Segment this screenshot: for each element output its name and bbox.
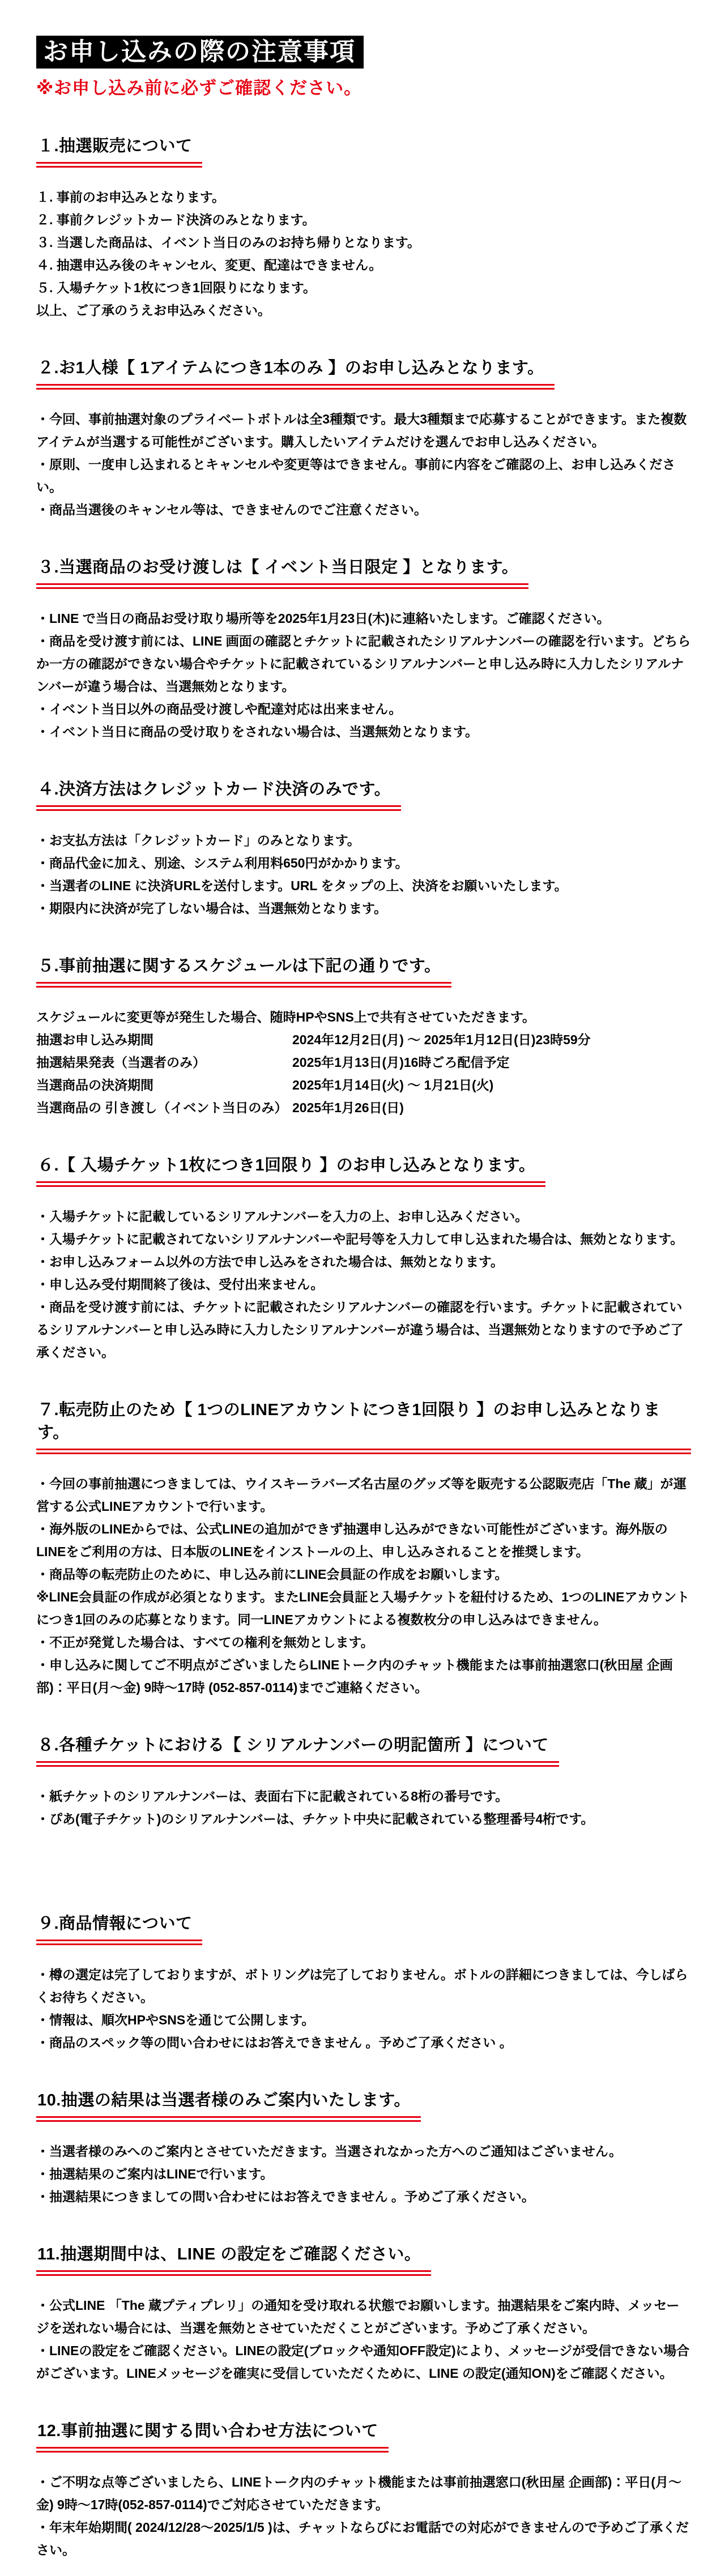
item-text: ・商品を受け渡す前には、チケットに記載されたシリアルナンバーの確認を行います。チ… <box>36 1296 691 1364</box>
section-heading: ４.決済方法はクレジットカード決済のみです。 <box>36 778 691 811</box>
schedule-row: 当選商品の決済期間2025年1月14日(火) ～ 1月21日(火) <box>36 1074 691 1096</box>
schedule-value: 2025年1月13日(月)16時ごろ配信予定 <box>292 1051 691 1074</box>
section-heading-text: １.抽選販売について <box>36 135 202 168</box>
item-text: ・LINEの設定をご確認ください。LINEの設定(ブロックや通知OFF設定)によ… <box>36 2339 691 2385</box>
item-text: ２. 事前クレジットカード決済のみとなります。 <box>36 208 691 231</box>
schedule-label: 抽選お申し込み期間 <box>36 1028 292 1051</box>
item-text: スケジュールに変更等が発生した場合、随時HPやSNS上で共有させていただきます。 <box>36 1006 691 1028</box>
item-text: ・イベント当日以外の商品受け渡しや配達対応は出来ません。 <box>36 698 691 720</box>
item-text: ・不正が発覚した場合は、すべての権利を無効とします。 <box>36 1631 691 1654</box>
item-text: ・ぴあ(電子チケット)のシリアルナンバーは、チケット中央に記載されている整理番号… <box>36 1808 691 1830</box>
section-heading-text: ３.当選商品のお受け渡しは【 イベント当日限定 】となります。 <box>36 556 528 589</box>
sections: １.抽選販売について １. 事前のお申込みとなります。２. 事前クレジットカード… <box>36 135 691 2561</box>
section-heading-text: ４.決済方法はクレジットカード決済のみです。 <box>36 778 401 811</box>
item-text: １. 事前のお申込みとなります。 <box>36 186 691 208</box>
item-text: ・商品代金に加え、別途、システム利用料650円がかかります。 <box>36 852 691 874</box>
item-text: ・入場チケットに記載しているシリアルナンバーを入力の上、お申し込みください。 <box>36 1205 691 1228</box>
section-heading-text: ７.転売防止のため【 1つのLINEアカウントにつき1回限り 】のお申し込みとな… <box>36 1399 691 1454</box>
item-text: ・今回、事前抽選対象のプライベートボトルは全3種類です。最大3種類まで応募するこ… <box>36 408 691 453</box>
schedule-label: 抽選結果発表（当選者のみ） <box>36 1051 292 1074</box>
section-items: ・入場チケットに記載しているシリアルナンバーを入力の上、お申し込みください。・入… <box>36 1205 691 1364</box>
section-heading-text: ５.事前抽選に関するスケジュールは下記の通りです。 <box>36 955 451 988</box>
item-text: ・入場チケットに記載されてないシリアルナンバーや記号等を入力して申し込まれた場合… <box>36 1228 691 1250</box>
item-text: ・申し込みに関してご不明点がございましたらLINEトーク内のチャット機能または事… <box>36 1654 691 1699</box>
schedule-value: 2025年1月26日(日) <box>292 1096 691 1119</box>
item-text: ・申し込み受付期間終了後は、受付出来ません。 <box>36 1273 691 1296</box>
section-items: ・公式LINE 「The 蔵プティプレリ」の通知を受け取れる状態でお願いします。… <box>36 2294 691 2385</box>
section: ４.決済方法はクレジットカード決済のみです。 ・お支払方法は「クレジットカード」… <box>36 778 691 920</box>
section-heading-text: 10.抽選の結果は当選者様のみご案内いたします。 <box>36 2089 421 2122</box>
item-text: ※LINE会員証の作成が必須となります。またLINE会員証と入場チケットを紐付け… <box>36 1586 691 1631</box>
section: ７.転売防止のため【 1つのLINEアカウントにつき1回限り 】のお申し込みとな… <box>36 1399 691 1699</box>
section: 10.抽選の結果は当選者様のみご案内いたします。 ・当選者様のみへのご案内とさせ… <box>36 2089 691 2208</box>
schedule-row: 抽選結果発表（当選者のみ）2025年1月13日(月)16時ごろ配信予定 <box>36 1051 691 1074</box>
item-text: ・商品当選後のキャンセル等は、できませんのでご注意ください。 <box>36 498 691 521</box>
item-text: ・今回の事前抽選につきましては、ウイスキーラバーズ名古屋のグッズ等を販売する公認… <box>36 1472 691 1518</box>
section-heading: ６.【 入場チケット1枚につき1回限り 】のお申し込みとなります。 <box>36 1154 691 1187</box>
item-text: ・商品等の転売防止のために、申し込み前にLINE会員証の作成をお願いします。 <box>36 1563 691 1586</box>
section: ９.商品情報について ・樽の選定は完了しておりますが、ボトリングは完了しておりま… <box>36 1912 691 2054</box>
section: 11.抽選期間中は、LINE の設定をご確認ください。 ・公式LINE 「The… <box>36 2243 691 2385</box>
section-items: １. 事前のお申込みとなります。２. 事前クレジットカード決済のみとなります。３… <box>36 186 691 322</box>
schedule-row: 当選商品の 引き渡し（イベント当日のみ）2025年1月26日(日) <box>36 1096 691 1119</box>
section-heading: ５.事前抽選に関するスケジュールは下記の通りです。 <box>36 955 691 988</box>
section-heading: ７.転売防止のため【 1つのLINEアカウントにつき1回限り 】のお申し込みとな… <box>36 1399 691 1454</box>
section-heading: １.抽選販売について <box>36 135 691 168</box>
item-text: ・LINE で当日の商品お受け取り場所等を2025年1月23日(木)に連絡いたし… <box>36 607 691 630</box>
section-heading-text: ２.お1人様【 1アイテムにつき1本のみ 】のお申し込みとなります。 <box>36 357 555 390</box>
section: １.抽選販売について １. 事前のお申込みとなります。２. 事前クレジットカード… <box>36 135 691 322</box>
section: 12.事前抽選に関する問い合わせ方法について ・ご不明な点等ございましたら、LI… <box>36 2420 691 2561</box>
section-heading: 10.抽選の結果は当選者様のみご案内いたします。 <box>36 2089 691 2122</box>
page-title: お申し込みの際の注意事項 <box>36 36 364 69</box>
section-heading: ２.お1人様【 1アイテムにつき1本のみ 】のお申し込みとなります。 <box>36 357 691 390</box>
section-items: ・当選者様のみへのご案内とさせていただきます。当選されなかった方へのご通知はござ… <box>36 2140 691 2208</box>
section-items: ・LINE で当日の商品お受け取り場所等を2025年1月23日(木)に連絡いたし… <box>36 607 691 743</box>
section-items: ・紙チケットのシリアルナンバーは、表面右下に記載されている8桁の番号です。・ぴあ… <box>36 1785 691 1830</box>
section-heading-text: 12.事前抽選に関する問い合わせ方法について <box>36 2420 389 2453</box>
item-text: ・紙チケットのシリアルナンバーは、表面右下に記載されている8桁の番号です。 <box>36 1785 691 1808</box>
section: ３.当選商品のお受け渡しは【 イベント当日限定 】となります。 ・LINE で当… <box>36 556 691 743</box>
item-text: ３. 当選した商品は、イベント当日のみのお持ち帰りとなります。 <box>36 231 691 254</box>
item-text: ・ご不明な点等ございましたら、LINEトーク内のチャット機能または事前抽選窓口(… <box>36 2471 691 2516</box>
item-text: ・期限内に決済が完了しない場合は、当選無効となります。 <box>36 897 691 920</box>
confirm-note: ※お申し込み前に必ずご確認ください。 <box>36 77 691 100</box>
section: ５.事前抽選に関するスケジュールは下記の通りです。 スケジュールに変更等が発生し… <box>36 955 691 1119</box>
section-heading: ３.当選商品のお受け渡しは【 イベント当日限定 】となります。 <box>36 556 691 589</box>
title-banner: お申し込みの際の注意事項 <box>36 36 691 69</box>
item-text: ・樽の選定は完了しておりますが、ボトリングは完了しておりません。ボトルの詳細につ… <box>36 1963 691 2009</box>
item-text: ・公式LINE 「The 蔵プティプレリ」の通知を受け取れる状態でお願いします。… <box>36 2294 691 2339</box>
section-heading-text: 11.抽選期間中は、LINE の設定をご確認ください。 <box>36 2243 431 2276</box>
section-heading: 12.事前抽選に関する問い合わせ方法について <box>36 2420 691 2453</box>
section-items: ・今回、事前抽選対象のプライベートボトルは全3種類です。最大3種類まで応募するこ… <box>36 408 691 521</box>
item-text: ・商品を受け渡す前には、LINE 画面の確認とチケットに記載されたシリアルナンバ… <box>36 630 691 698</box>
item-text: ・原則、一度申し込まれるとキャンセルや変更等はできません。事前に内容をご確認の上… <box>36 453 691 498</box>
item-text: ・当選者様のみへのご案内とさせていただきます。当選されなかった方へのご通知はござ… <box>36 2140 691 2163</box>
section-items: ・お支払方法は「クレジットカード」のみとなります。・商品代金に加え、別途、システ… <box>36 829 691 920</box>
section-heading-text: ６.【 入場チケット1枚につき1回限り 】のお申し込みとなります。 <box>36 1154 545 1187</box>
schedule-value: 2025年1月14日(火) ～ 1月21日(火) <box>292 1074 691 1096</box>
section: ６.【 入場チケット1枚につき1回限り 】のお申し込みとなります。 ・入場チケッ… <box>36 1154 691 1364</box>
item-text: ・お支払方法は「クレジットカード」のみとなります。 <box>36 829 691 852</box>
item-text: ・当選者のLINE に決済URLを送付します。URL をタップの上、決済をお願い… <box>36 874 691 897</box>
schedule-row: 抽選お申し込み期間2024年12月2日(月) ～ 2025年1月12日(日)23… <box>36 1028 691 1051</box>
notice-document: お申し込みの際の注意事項 ※お申し込み前に必ずご確認ください。 １.抽選販売につ… <box>0 0 725 2576</box>
item-text: ・年末年始期間( 2024/12/28～2025/1/5 )は、チャットならびに… <box>36 2516 691 2561</box>
item-text: ・抽選結果につきましての問い合わせにはお答えできません 。予めご了承ください。 <box>36 2185 691 2208</box>
item-text: ・商品のスペック等の問い合わせにはお答えできません 。予めご了承ください 。 <box>36 2031 691 2054</box>
section-heading-text: ９.商品情報について <box>36 1912 202 1945</box>
item-text: 以上、ご了承のうえお申込みください。 <box>36 299 691 322</box>
section: ８.各種チケットにおける【 シリアルナンバーの明記箇所 】について ・紙チケット… <box>36 1734 691 1830</box>
item-text: ５. 入場チケット1枚につき1回限りになります。 <box>36 276 691 299</box>
section-items: ・今回の事前抽選につきましては、ウイスキーラバーズ名古屋のグッズ等を販売する公認… <box>36 1472 691 1699</box>
section-items: ・ご不明な点等ございましたら、LINEトーク内のチャット機能または事前抽選窓口(… <box>36 2471 691 2561</box>
section-items: ・樽の選定は完了しておりますが、ボトリングは完了しておりません。ボトルの詳細につ… <box>36 1963 691 2054</box>
item-text: ・情報は、順次HPやSNSを通じて公開します。 <box>36 2009 691 2031</box>
section-heading-text: ８.各種チケットにおける【 シリアルナンバーの明記箇所 】について <box>36 1734 559 1767</box>
item-text: ・イベント当日に商品の受け取りをされない場合は、当選無効となります。 <box>36 720 691 743</box>
schedule-label: 当選商品の 引き渡し（イベント当日のみ） <box>36 1096 292 1119</box>
section-heading: 11.抽選期間中は、LINE の設定をご確認ください。 <box>36 2243 691 2276</box>
schedule-label: 当選商品の決済期間 <box>36 1074 292 1096</box>
section-heading: ９.商品情報について <box>36 1912 691 1945</box>
section: ２.お1人様【 1アイテムにつき1本のみ 】のお申し込みとなります。 ・今回、事… <box>36 357 691 521</box>
item-text: ・海外版のLINEからでは、公式LINEの追加ができず抽選申し込みができない可能… <box>36 1518 691 1563</box>
item-text: ４. 抽選申込み後のキャンセル、変更、配達はできません。 <box>36 254 691 276</box>
schedule-value: 2024年12月2日(月) ～ 2025年1月12日(日)23時59分 <box>292 1028 691 1051</box>
section-heading: ８.各種チケットにおける【 シリアルナンバーの明記箇所 】について <box>36 1734 691 1767</box>
item-text: ・抽選結果のご案内はLINEで行います。 <box>36 2163 691 2185</box>
item-text: ・お申し込みフォーム以外の方法で申し込みをされた場合は、無効となります。 <box>36 1250 691 1273</box>
section-items: スケジュールに変更等が発生した場合、随時HPやSNS上で共有させていただきます。… <box>36 1006 691 1119</box>
